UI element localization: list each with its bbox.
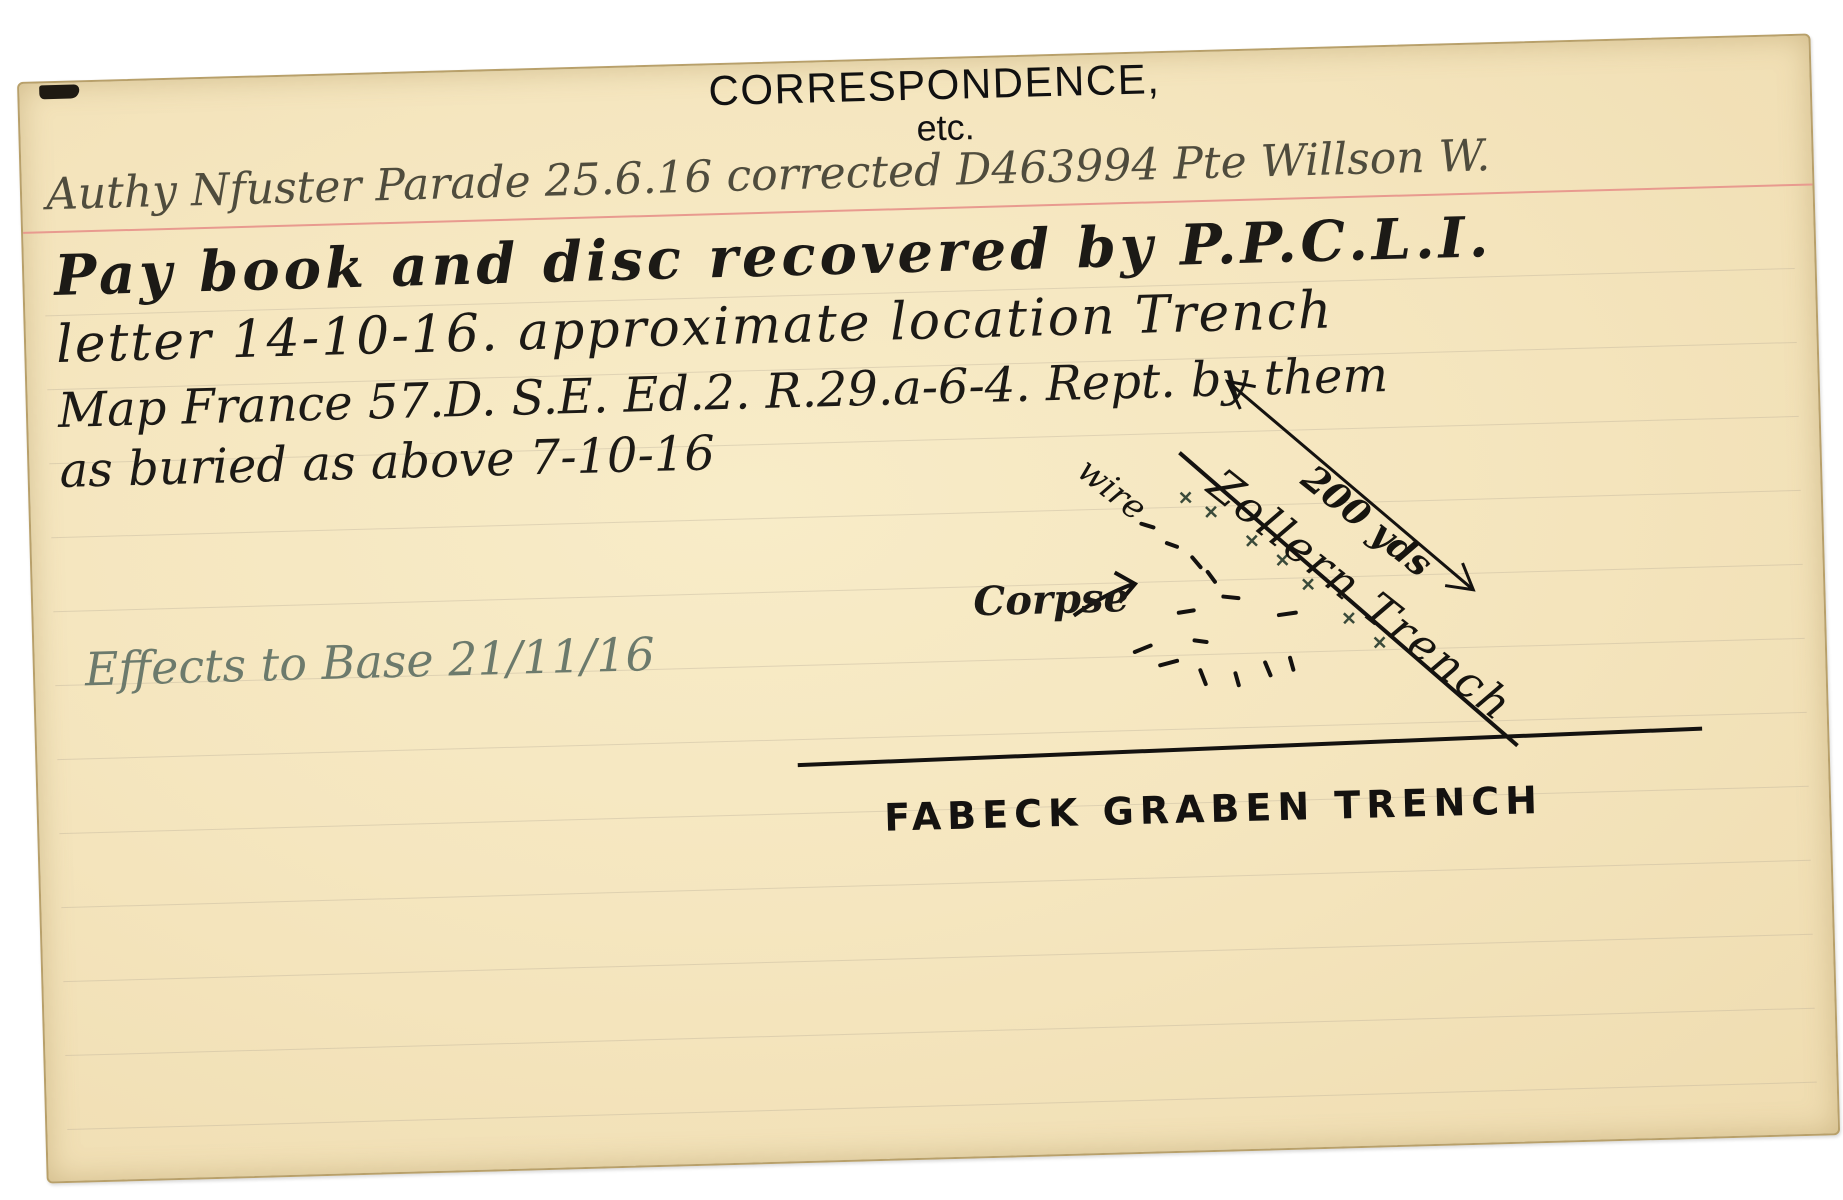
fabeck-trench-line: [797, 729, 1702, 765]
correspondence-card: CORRESPONDENCE, etc. Authy Nfuster Parad…: [17, 33, 1840, 1183]
ruled-line: [51, 490, 1800, 538]
ruled-line: [65, 1008, 1814, 1056]
pencil-note-effects: Effects to Base 21/11/16: [84, 627, 655, 696]
ruled-line: [63, 934, 1812, 982]
ruled-line: [67, 1082, 1816, 1130]
arrow-head-end-icon: [1445, 563, 1474, 591]
ruled-line: [61, 860, 1810, 908]
ruled-line: [57, 712, 1806, 760]
sketch-label-corpse: Corpse: [973, 574, 1130, 625]
sketch-label-fabeck-graben-trench: FABECK GRABEN TRENCH: [884, 778, 1544, 840]
sketch-label-wire: wire: [1069, 450, 1154, 529]
ruled-line: [53, 564, 1802, 612]
